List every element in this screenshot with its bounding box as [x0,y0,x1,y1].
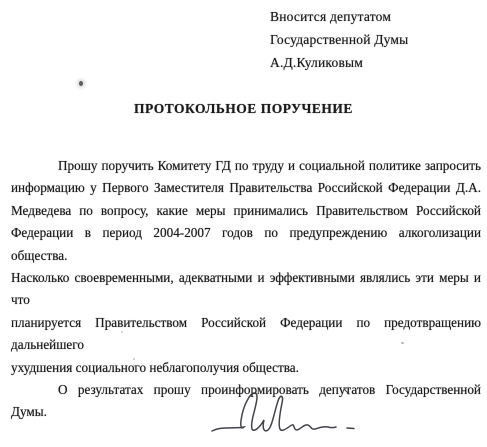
scan-artifact [133,365,135,367]
body-line: Прошу поручить Комитету ГД по труду и со… [11,155,481,177]
scan-artifact [79,81,83,86]
submitter-block: Вносится депутатом Государственной Думы … [270,5,408,74]
body-line: Федерации в период 2004-2007 годов по пр… [11,222,481,267]
body-line: планируется Правительством Российской Фе… [11,312,481,357]
submitter-line: Государственной Думы [270,28,408,51]
scan-artifact [133,358,135,360]
scan-artifact [401,342,404,344]
handwritten-signature [200,383,365,445]
document-title: ПРОТОКОЛЬНОЕ ПОРУЧЕНИЕ [0,101,487,117]
signature-scribble-icon [200,383,365,445]
body-line: ухудшения социального неблагополучия общ… [11,357,481,379]
body-line: Насколько своевременными, адекватными и … [11,267,481,312]
scanned-document-page: Вносится депутатом Государственной Думы … [0,0,487,447]
submitter-line: А.Д.Куликовым [270,51,408,74]
scan-artifact [121,331,123,333]
body-line: Медведева по вопросу, какие меры принима… [11,200,481,222]
body-line: информацию у Первого Заместителя Правите… [11,177,481,199]
submitter-line: Вносится депутатом [270,5,408,28]
scan-artifact [143,324,145,328]
